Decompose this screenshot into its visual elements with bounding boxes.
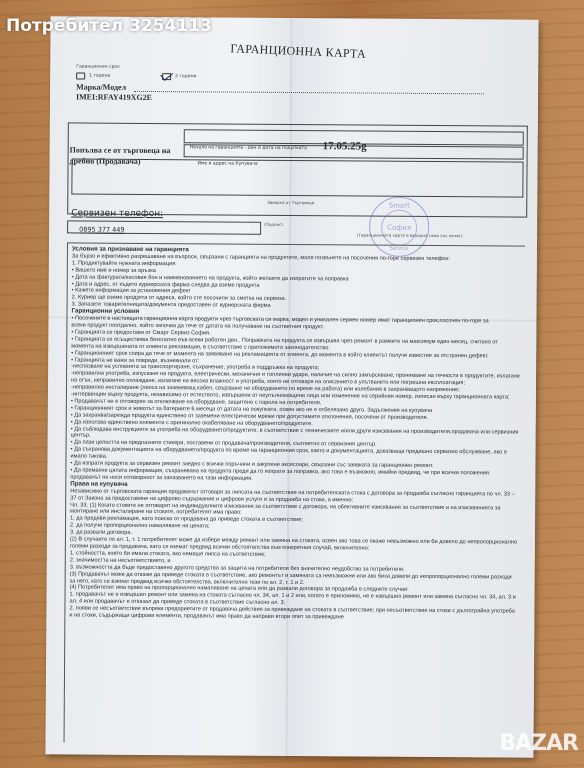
bazar-watermark-logo: BAZAR — [499, 731, 578, 756]
warranty-terms: Условия за признаване на гаранциятаЗа бъ… — [64, 242, 525, 745]
stamp-text-center: София — [387, 224, 411, 232]
start-date-value: 17.05.25g — [323, 140, 367, 152]
option-1-year[interactable]: 1 година — [76, 72, 110, 79]
brand-model-label: Марка/Модел — [76, 82, 126, 91]
imei-row: IMEI:RFAY419XG2E — [76, 92, 152, 102]
terms-paragraph: 2. появи се несъответствие въпреки предп… — [69, 606, 518, 623]
dealer-signature-label: Заверка от Търговеца — [267, 200, 314, 205]
service-phone-label: Сервизен телефон: — [71, 208, 163, 219]
checkbox-1-year[interactable] — [76, 72, 85, 79]
signature-label: (Подпис) — [264, 222, 283, 227]
buyer-label: Име и адрес на Купувача — [198, 161, 258, 166]
brand-model-field[interactable] — [134, 91, 484, 94]
option-label: 2 години — [175, 74, 196, 79]
imei-label: IMEI: — [76, 92, 98, 101]
stamp-text-top: Smart — [389, 202, 410, 210]
warranty-card-paper: ГАРАНЦИОННА КАРТА Гаранционен срок 1 год… — [45, 16, 538, 757]
checkbox-2-years-checked[interactable] — [162, 73, 171, 80]
imei-value: RFAY419XG2E — [98, 93, 152, 102]
listing-title: Потребител 3254113 — [6, 16, 212, 36]
card-title: ГАРАНЦИОННА КАРТА — [230, 41, 366, 62]
option-label: 1 година — [89, 74, 110, 79]
start-date-label: Начало на гаранцията - ден и дата на пок… — [190, 145, 307, 151]
buyer-field[interactable] — [71, 158, 523, 197]
warranty-period-label: Гаранционен срок — [76, 64, 120, 69]
option-2-years[interactable]: 2 години — [162, 73, 196, 80]
service-phone-value: 0895 377 449 — [79, 226, 125, 234]
